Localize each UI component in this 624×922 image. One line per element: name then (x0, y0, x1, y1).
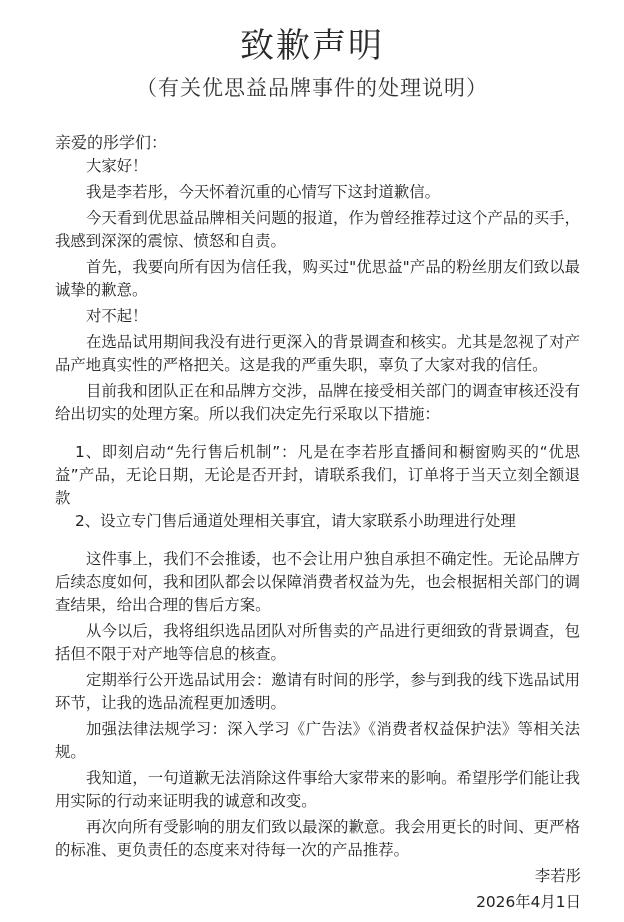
letter-body: 大家好！ 我是李若彤，今天怀着沉重的心情写下这封道歉信。 今天看到优思益品牌相关… (55, 155, 580, 862)
paragraph-apology: 首先，我要向所有因为信任我，购买过"优思益"产品的粉丝朋友们致以最诚挚的歉意。 (55, 256, 580, 302)
paragraph-sorry: 对不起！ (55, 305, 580, 328)
paragraph-closing: 再次向所有受影响的朋友们致以最深的歉意。我会用更长的时间、更严格的标准、更负责任… (55, 816, 580, 862)
document-title: 致歉声明 (0, 24, 624, 68)
paragraph-investigation: 从今以后，我将组织选品团队对所售卖的产品进行更细致的背景调查，包括但不限于对产地… (55, 620, 580, 666)
paragraph-intro: 我是李若彤，今天怀着沉重的心情写下这封道歉信。 (55, 181, 580, 204)
paragraph-report: 今天看到优思益品牌相关问题的报道，作为曾经推荐过这个产品的买手，我感到深深的震惊… (55, 207, 580, 253)
measure-item: 2、设立专门售后通道处理相关事宜，请大家联系小助理进行处理 (55, 510, 580, 533)
date: 2026年4月1日 (476, 890, 581, 914)
paragraph-commitment: 这件事上，我们不会推诿，也不会让用户独自承担不确定性。无论品牌方后续态度如何，我… (55, 548, 580, 617)
paragraph-negotiation: 目前我和团队正在和品牌方交涉，品牌在接受相关部门的调查审核还没有给出切实的处理方… (55, 380, 580, 426)
apology-letter: 致歉声明 （有关优思益品牌事件的处理说明） 亲爱的彤学们： 大家好！ 我是李若彤… (0, 0, 624, 922)
paragraph-hello: 大家好！ (55, 155, 580, 178)
paragraph-hope: 我知道，一句道歉无法消除这件事给大家带来的影响。希望彤学们能让我用实际的行动来证… (55, 767, 580, 813)
greeting: 亲爱的彤学们： (55, 131, 167, 155)
document-subtitle: （有关优思益品牌事件的处理说明） (0, 74, 624, 102)
paragraph-trial-event: 定期举行公开选品试用会：邀请有时间的彤学，参与到我的线下选品试用环节，让我的选品… (55, 669, 580, 715)
paragraph-fault: 在选品试用期间我没有进行更深入的背景调查和核实。尤其是忽视了对产品产地真实性的严… (55, 331, 580, 377)
measure-item: 1、即刻启动“先行售后机制”：凡是在李若彤直播间和橱窗购买的“优思益”产品，无论… (55, 441, 580, 510)
paragraph-law-study: 加强法律法规学习：深入学习《广告法》《消费者权益保护法》等相关法规。 (55, 718, 580, 764)
signature: 李若彤 (535, 864, 581, 888)
